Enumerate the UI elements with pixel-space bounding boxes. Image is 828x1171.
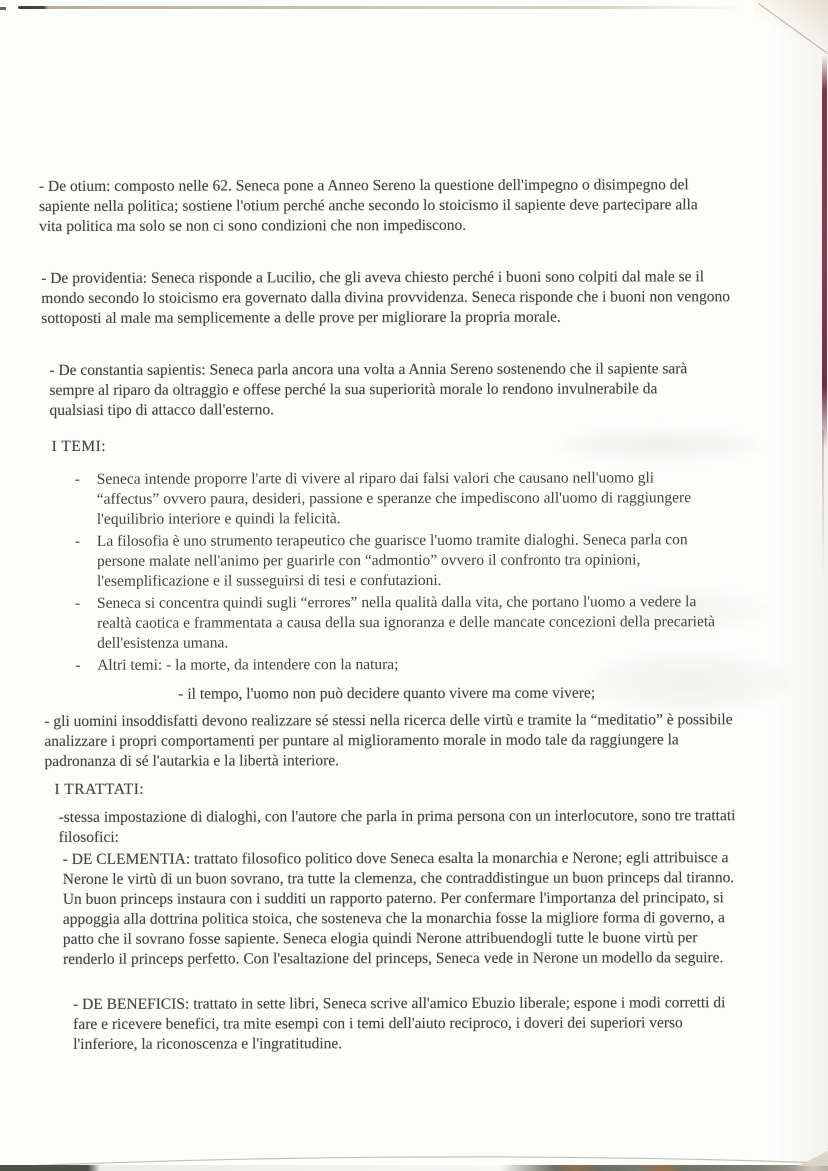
list-item: - Seneca intende proporre l'arte di vive… bbox=[75, 468, 715, 530]
list-item-text: Seneca intende proporre l'arte di vivere… bbox=[97, 468, 715, 530]
bullet-dash: - bbox=[75, 594, 97, 654]
temi-bullet-list: - Seneca intende proporre l'arte di vive… bbox=[75, 468, 716, 678]
bullet-dash: - bbox=[75, 470, 97, 530]
scanned-document-page: - De otium: composto nelle 62. Seneca po… bbox=[0, 0, 828, 1171]
paragraph-il-tempo: - il tempo, l'uomo non può decidere quan… bbox=[178, 683, 778, 705]
list-item-text: La filosofia è uno strumento terapeutico… bbox=[97, 530, 715, 592]
bullet-dash: - bbox=[75, 532, 97, 592]
paragraph-uomini-insoddisfatti: - gli uomini insoddisfatti devono realiz… bbox=[44, 710, 744, 772]
bullet-dash: - bbox=[75, 656, 97, 676]
list-item: - Altri temi: - la morte, da intendere c… bbox=[75, 654, 715, 676]
section-heading-temi: I TEMI: bbox=[52, 437, 107, 457]
list-item: - La filosofia è uno strumento terapeuti… bbox=[75, 530, 715, 592]
list-item-text: Seneca si concentra quindi sugli “errore… bbox=[97, 592, 715, 654]
section-heading-trattati: I TRATTATI: bbox=[55, 780, 145, 800]
paragraph-trattati-intro: -stessa impostazione di dialoghi, con l'… bbox=[59, 806, 749, 848]
paragraph-de-constantia: - De constantia sapientis: Seneca parla … bbox=[49, 359, 709, 421]
paragraph-de-beneficis: - DE BENEFICIS: trattato in sette libri,… bbox=[73, 993, 733, 1055]
paragraph-de-otium: - De otium: composto nelle 62. Seneca po… bbox=[39, 175, 707, 237]
list-item-text: Altri temi: - la morte, da intendere con… bbox=[97, 654, 715, 676]
list-item: - Seneca si concentra quindi sugli “erro… bbox=[75, 592, 715, 654]
paragraph-de-clementia: - DE CLEMENTIA: trattato filosofico poli… bbox=[63, 848, 739, 970]
paragraph-de-providentia: - De providentia: Seneca risponde a Luci… bbox=[41, 267, 741, 329]
